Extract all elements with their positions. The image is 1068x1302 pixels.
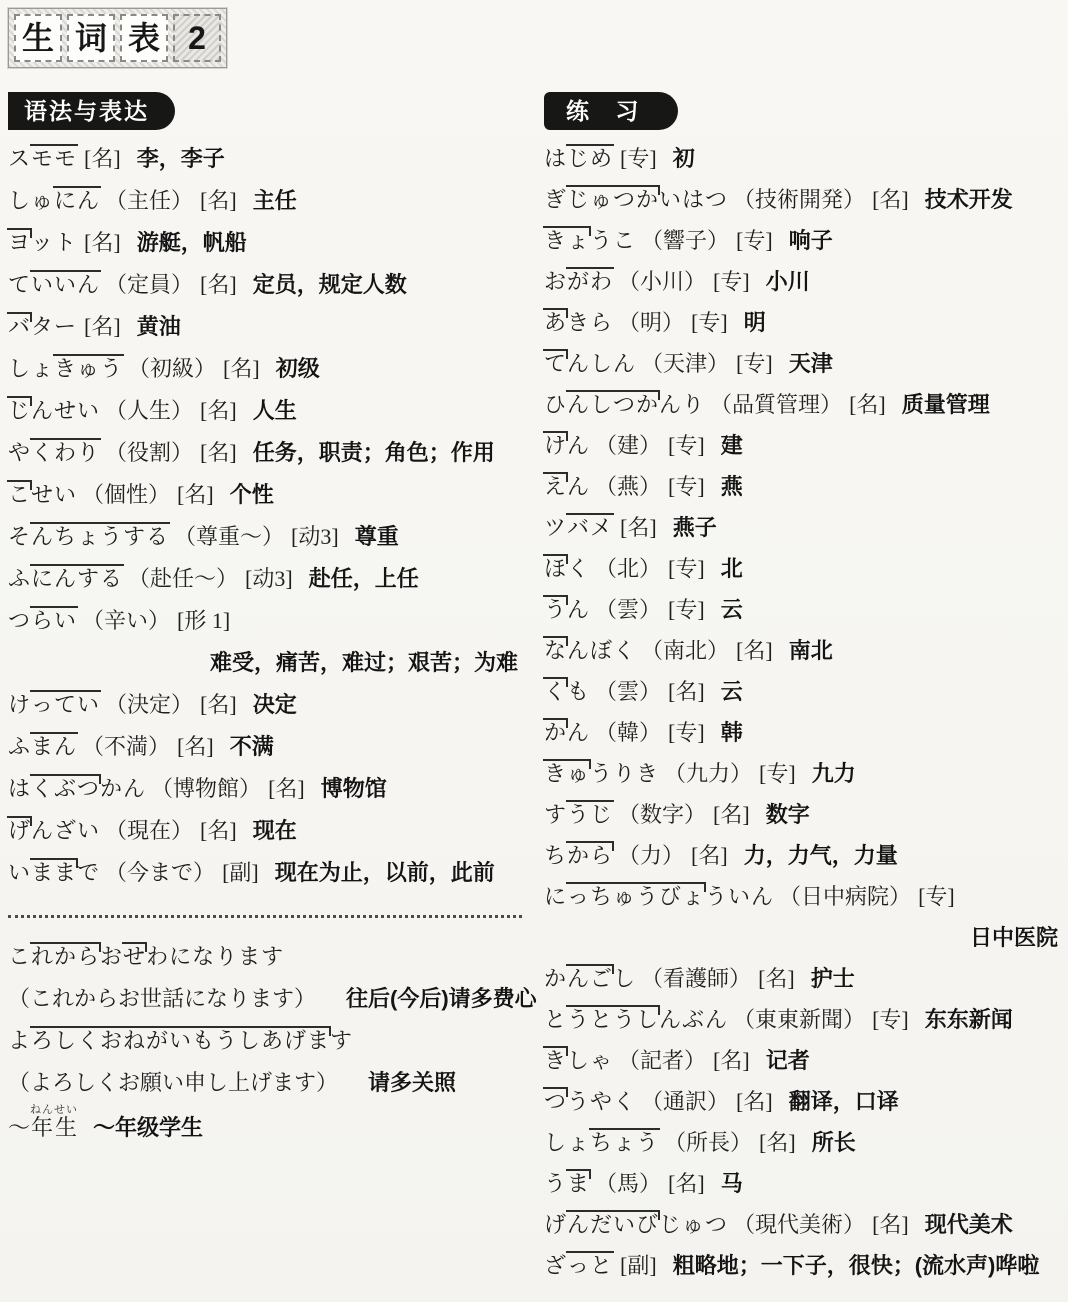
chinese-gloss: 请多关照 <box>368 1070 456 1095</box>
gloss-continuation: 难受，痛苦，难过；艰苦；为难 <box>8 642 528 684</box>
part-of-speech: [名] <box>200 188 237 213</box>
part-of-speech: [名] <box>736 638 773 663</box>
accent-segment: て <box>8 272 31 298</box>
kanji-annotation: （雲） <box>595 679 661 704</box>
kana-with-accent: にっちゅうびょういん <box>544 884 774 909</box>
kana-with-accent: ていいん <box>8 272 100 297</box>
dotted-separator <box>8 894 528 936</box>
kanji-annotation: （小川） <box>618 269 706 294</box>
chinese-gloss: 初级 <box>276 356 320 381</box>
accent-segment: か <box>544 966 567 992</box>
chinese-gloss: 翻译，口译 <box>789 1089 899 1114</box>
part-of-speech: [名] <box>849 392 886 417</box>
accent-segment: つ <box>544 1089 567 1115</box>
accent-segment: ろしくおねがい <box>31 1028 192 1054</box>
accent-segment: と <box>544 1007 567 1033</box>
chinese-gloss: 东东新闻 <box>925 1007 1013 1032</box>
chinese-gloss: 燕 <box>721 474 743 499</box>
kanji-annotation: （通訳） <box>641 1089 729 1114</box>
part-of-speech: [名] <box>223 356 260 381</box>
vocab-entry: ざっと[副]粗略地；一下子，很快；(流水声)哗啦 <box>544 1245 1068 1286</box>
accent-segment: きら <box>567 310 613 336</box>
part-of-speech: [名] <box>200 272 237 297</box>
kana-with-accent: いままで <box>8 860 100 885</box>
part-of-speech: [名] <box>713 1048 750 1073</box>
kanji-annotation: （博物館） <box>151 776 261 801</box>
chinese-gloss: 云 <box>721 679 743 704</box>
accent-segment: バ <box>8 314 31 340</box>
kana-with-accent: げんだいびじゅつ <box>544 1212 728 1237</box>
accent-segment: げ <box>8 818 31 844</box>
kana-with-accent: きゅうりき <box>544 761 659 786</box>
part-of-speech: [名] <box>177 734 214 759</box>
chinese-gloss: 马 <box>721 1171 743 1196</box>
vocab-entry: てんしん（天津）[专]天津 <box>544 343 1068 384</box>
vocab-entry: はくぶつかん（博物館）[名]博物馆 <box>8 768 528 810</box>
part-of-speech: [专] <box>759 761 796 786</box>
expression-translation: （これからお世話になります）往后(今后)请多费心 <box>8 978 528 1020</box>
kana-with-accent: てんしん <box>544 351 636 376</box>
accent-segment: くぶつ <box>31 776 100 802</box>
accent-segment: うやく <box>567 1089 636 1115</box>
accent-segment: ヨ <box>8 230 31 256</box>
accent-segment: んしん <box>567 351 636 377</box>
accent-segment: そ <box>8 524 31 550</box>
kanji-annotation: （不満） <box>82 734 170 759</box>
kanji-annotation: （現代美術） <box>733 1212 865 1237</box>
part-of-speech: [名] <box>200 818 237 843</box>
kanji-annotation: （九力） <box>664 761 752 786</box>
part-of-speech: [名] <box>872 1212 909 1237</box>
accent-segment: ふ <box>8 734 31 760</box>
accent-segment: にん <box>54 188 100 214</box>
vocab-entry: げんざい（現在）[名]现在 <box>8 810 528 852</box>
vocab-entry: おがわ（小川）[专]小川 <box>544 261 1068 302</box>
accent-segment: せ <box>123 944 146 970</box>
expression-line: よろしくおねがいもうしあげます <box>8 1020 528 1062</box>
accent-segment: もうしあげま <box>192 1028 330 1054</box>
vocab-entry: ていいん（定員）[名]定员，规定人数 <box>8 264 528 306</box>
chinese-gloss: 游艇，帆船 <box>137 230 247 255</box>
chinese-gloss: 南北 <box>789 638 833 663</box>
kanji-annotation: （定員） <box>105 272 193 297</box>
chinese-gloss: 不满 <box>230 734 274 759</box>
accent-segment: んぶん <box>659 1007 728 1033</box>
kana-with-accent: ツバメ <box>544 515 613 540</box>
vocab-entry: ふまん（不満）[名]不满 <box>8 726 528 768</box>
accent-segment: じめ <box>567 146 613 172</box>
part-of-speech: [形 1] <box>177 608 230 633</box>
kanji-annotation: （数字） <box>618 802 706 827</box>
chinese-gloss: 天津 <box>789 351 833 376</box>
accent-segment: じゅつ <box>659 1212 728 1238</box>
title-char-box: 表 <box>120 14 168 62</box>
accent-segment: ん <box>567 474 590 500</box>
accent-segment: ほ <box>544 556 567 582</box>
kanji-annotation: （響子） <box>641 228 729 253</box>
accent-segment: バメ <box>567 515 613 541</box>
kanji-annotation: （明） <box>618 310 684 335</box>
accent-segment: んり <box>659 392 705 418</box>
kana-with-accent: はくぶつかん <box>8 776 146 801</box>
chinese-gloss: 黄油 <box>137 314 181 339</box>
kana-with-accent: こせい <box>8 482 77 507</box>
chinese-gloss: 初 <box>673 146 695 171</box>
kanji-annotation: （天津） <box>641 351 729 376</box>
furigana: ねんせい <box>30 1104 78 1116</box>
kana-with-accent: けってい <box>8 692 100 717</box>
kanji-annotation: （記者） <box>618 1048 706 1073</box>
part-of-speech: [名] <box>200 692 237 717</box>
chinese-gloss: 建 <box>721 433 743 458</box>
vocab-entry: うま（馬）[名]马 <box>544 1163 1068 1204</box>
accent-segment: んだいび <box>567 1212 659 1238</box>
accent-segment: ス <box>8 146 31 172</box>
kana-with-accent: くも <box>544 679 590 704</box>
chinese-gloss: 记者 <box>766 1048 810 1073</box>
vocab-entry: ひんしつかんり（品質管理）[名]质量管理 <box>544 384 1068 425</box>
accent-segment: じゅつか <box>567 187 659 213</box>
chinese-gloss: 尊重 <box>355 524 399 549</box>
part-of-speech: [名] <box>620 515 657 540</box>
kanji-annotation: （所長） <box>664 1130 752 1155</box>
kana-with-accent: ひんしつかんり <box>544 392 705 417</box>
accent-segment: くわり <box>31 440 100 466</box>
accent-segment: きゅう <box>54 356 123 382</box>
accent-segment: う <box>544 597 567 623</box>
kanji-annotation: （日中病院） <box>779 884 911 909</box>
kana-with-accent: じんせい <box>8 398 100 423</box>
chinese-gloss: 响子 <box>789 228 833 253</box>
kanji-annotation: （南北） <box>641 638 729 663</box>
kana-with-accent: きしゃ <box>544 1048 613 1073</box>
vocab-entry: かん（韓）[专]韩 <box>544 712 1068 753</box>
vocab-list-left: スモモ[名]李，李子しゅにん（主任）[名]主任ヨット[名]游艇，帆船ていいん（定… <box>8 138 528 1146</box>
accent-segment: ぎ <box>544 187 567 213</box>
kana-with-accent: はじめ <box>544 146 613 171</box>
accent-segment: ういん <box>705 884 774 910</box>
part-of-speech: [专] <box>668 597 705 622</box>
column-practice: 练 习 はじめ[专]初ぎじゅつかいはつ（技術開発）[名]技术开发きょうこ（響子）… <box>532 92 1068 1286</box>
part-of-speech: [专] <box>713 269 750 294</box>
kana-with-accent: うま <box>544 1171 590 1196</box>
vocab-entry: あきら（明）[专]明 <box>544 302 1068 343</box>
accent-segment: んぼく <box>567 638 636 664</box>
part-of-speech: [名] <box>736 1089 773 1114</box>
chinese-gloss: 定员，规定人数 <box>253 272 407 297</box>
chinese-gloss: 现在为止，以前，此前 <box>275 860 495 885</box>
vocab-entry: しょきゅう（初級）[名]初级 <box>8 348 528 390</box>
accent-segment: しょ <box>544 1130 590 1156</box>
kana-with-accent: よろしくおねがいもうしあげます <box>8 1028 353 1053</box>
kanji-reading: （よろしくお願い申し上げます） <box>8 1070 338 1095</box>
vocab-entry: きしゃ（記者）[名]记者 <box>544 1040 1068 1081</box>
accent-segment: うとうし <box>567 1007 659 1033</box>
chinese-gloss: 北 <box>721 556 743 581</box>
chinese-gloss: 韩 <box>721 720 743 745</box>
kanji-annotation: （馬） <box>595 1171 661 1196</box>
part-of-speech: [专] <box>620 146 657 171</box>
accent-segment: き <box>544 1048 567 1074</box>
accent-segment: にんする <box>31 566 123 592</box>
vocab-entry: つらい（辛い）[形 1] <box>8 600 528 642</box>
part-of-speech: [专] <box>872 1007 909 1032</box>
accent-segment: しゅ <box>8 188 54 214</box>
part-of-speech: [名] <box>713 802 750 827</box>
kanji-annotation: （韓） <box>595 720 661 745</box>
vocab-entry: ほく（北）[专]北 <box>544 548 1068 589</box>
chinese-gloss: ～年级学生 <box>93 1115 203 1140</box>
vocab-entry: やくわり（役割）[名]任务，职责；角色；作用 <box>8 432 528 474</box>
chinese-gloss: 决定 <box>253 692 297 717</box>
vocab-entry: しょちょう（所長）[名]所长 <box>544 1122 1068 1163</box>
scanned-textbook-page: 生词表2 语法与表达 スモモ[名]李，李子しゅにん（主任）[名]主任ヨット[名]… <box>0 0 1068 1302</box>
title-char-box: 词 <box>67 14 115 62</box>
title-char-box: 2 <box>173 14 221 62</box>
vocab-entry: ツバメ[名]燕子 <box>544 507 1068 548</box>
kanji-annotation: （辛い） <box>82 608 170 633</box>
accent-segment: いはつ <box>659 187 728 213</box>
accent-segment: く <box>567 556 590 582</box>
part-of-speech: [专] <box>736 228 773 253</box>
accent-segment: がわ <box>567 269 613 295</box>
chinese-gloss: 明 <box>744 310 766 335</box>
kana-with-accent: これからおせわになります <box>8 944 284 969</box>
kana-with-accent: そんちょうする <box>8 524 169 549</box>
chinese-gloss: 数字 <box>766 802 810 827</box>
kana-with-accent: あきら <box>544 310 613 335</box>
part-of-speech: [名] <box>759 1130 796 1155</box>
kanji-annotation: （主任） <box>105 188 193 213</box>
chinese-gloss: 任务，职责；角色；作用 <box>253 440 495 465</box>
kanji-annotation: （雲） <box>595 597 661 622</box>
accent-segment: ツ <box>544 515 567 541</box>
accent-segment: いいん <box>31 272 100 298</box>
vocab-entry: そんちょうする（尊重～）[动3]尊重 <box>8 516 528 558</box>
accent-segment: く <box>544 679 567 705</box>
section-label-grammar: 语法与表达 <box>8 92 175 130</box>
dotted-line <box>8 915 522 918</box>
accent-segment: つ <box>8 608 31 634</box>
vocab-entry: ヨット[名]游艇，帆船 <box>8 222 528 264</box>
vocab-entry: つうやく（通訳）[名]翻译，口译 <box>544 1081 1068 1122</box>
part-of-speech: [名] <box>177 482 214 507</box>
accent-segment: ってい <box>31 692 100 718</box>
kanji-annotation: （看護師） <box>641 966 751 991</box>
kanji-annotation: （北） <box>595 556 661 581</box>
kana-with-accent: うん <box>544 597 590 622</box>
kana-with-accent: かん <box>544 720 590 745</box>
accent-segment: きゅ <box>544 761 590 787</box>
accent-segment: わになります <box>146 944 284 970</box>
kana-with-accent: ヨット <box>8 230 77 255</box>
kana-with-accent: きょうこ <box>544 228 636 253</box>
chinese-gloss: 所长 <box>812 1130 856 1155</box>
accent-segment: しゃ <box>567 1048 613 1074</box>
chinese-gloss: 人生 <box>253 398 297 423</box>
chinese-gloss: 主任 <box>253 188 297 213</box>
part-of-speech: [名] <box>668 679 705 704</box>
vocab-entry: しゅにん（主任）[名]主任 <box>8 180 528 222</box>
part-of-speech: [专] <box>668 474 705 499</box>
kanji-annotation: （尊重～） <box>174 524 284 549</box>
accent-segment: ん <box>567 433 590 459</box>
accent-segment: ん <box>567 720 590 746</box>
kana-with-accent: ぎじゅつかいはつ <box>544 187 728 212</box>
chinese-gloss: 难受，痛苦，难过；艰苦；为难 <box>210 650 518 675</box>
accent-segment: お <box>544 269 567 295</box>
part-of-speech: [名] <box>268 776 305 801</box>
chinese-gloss: 技术开发 <box>925 187 1013 212</box>
kanji-annotation: （品質管理） <box>710 392 842 417</box>
kanji-annotation: （役割） <box>105 440 193 465</box>
title-char-box: 生 <box>14 14 62 62</box>
kana-with-accent: しょきゅう <box>8 356 123 381</box>
kana-with-accent: かんごし <box>544 966 636 991</box>
accent-segment: れから <box>31 944 100 970</box>
part-of-speech: [副] <box>620 1253 657 1278</box>
accent-segment: は <box>8 776 31 802</box>
accent-segment: い <box>8 860 31 886</box>
part-of-speech: [名] <box>668 1171 705 1196</box>
accent-segment: す <box>544 802 567 828</box>
kana-with-accent: しょちょう <box>544 1130 659 1155</box>
vocab-entry: ちから（力）[名]力，力气，力量 <box>544 835 1068 876</box>
kana-with-accent: ちから <box>544 843 613 868</box>
kana-with-accent: つらい <box>8 608 77 633</box>
chinese-gloss: 李，李子 <box>137 146 225 171</box>
chinese-gloss: 博物馆 <box>321 776 387 801</box>
chinese-gloss: 护士 <box>811 966 855 991</box>
vocab-entry: きょうこ（響子）[专]响子 <box>544 220 1068 261</box>
vocab-entry: なんぼく（南北）[名]南北 <box>544 630 1068 671</box>
part-of-speech: [名] <box>872 187 909 212</box>
accent-segment: や <box>8 440 31 466</box>
accent-segment: うりき <box>590 761 659 787</box>
accent-segment: ひ <box>544 392 567 418</box>
part-of-speech: [专] <box>691 310 728 335</box>
accent-segment: お <box>100 944 123 970</box>
chinese-gloss: 力，力气，力量 <box>744 843 898 868</box>
chinese-gloss: 云 <box>721 597 743 622</box>
part-of-speech: [名] <box>84 146 121 171</box>
kana-with-accent: なんぼく <box>544 638 636 663</box>
accent-segment: け <box>544 433 567 459</box>
vocab-entry: ぎじゅつかいはつ（技術開発）[名]技术开发 <box>544 179 1068 220</box>
accent-segment: っと <box>567 1253 613 1279</box>
vocab-entry: かんごし（看護師）[名]护士 <box>544 958 1068 999</box>
accent-segment: んしつか <box>567 392 659 418</box>
kana-with-accent: ざっと <box>544 1253 613 1278</box>
expression-translation: （よろしくお願い申し上げます）请多关照 <box>8 1062 528 1104</box>
accent-segment: ふ <box>8 566 31 592</box>
part-of-speech: [名] <box>84 230 121 255</box>
chinese-gloss: 现在 <box>253 818 297 843</box>
accent-segment: え <box>544 474 567 500</box>
chinese-gloss: 质量管理 <box>902 392 990 417</box>
accent-segment: ット <box>31 230 77 256</box>
accent-segment: で <box>77 860 100 886</box>
accent-segment: うこ <box>590 228 636 254</box>
kanji-annotation: （初級） <box>128 356 216 381</box>
two-column-layout: 语法与表达 スモモ[名]李，李子しゅにん（主任）[名]主任ヨット[名]游艇，帆船… <box>6 92 1068 1286</box>
accent-segment: す <box>330 1028 353 1054</box>
vocab-entry: スモモ[名]李，李子 <box>8 138 528 180</box>
accent-segment: な <box>544 638 567 664</box>
part-of-speech: [专] <box>918 884 955 909</box>
kanji-annotation: （人生） <box>105 398 193 423</box>
kanji-annotation: （建） <box>595 433 661 458</box>
part-of-speech: [名] <box>84 314 121 339</box>
accent-segment: ま <box>567 1171 590 1197</box>
part-of-speech: [专] <box>668 720 705 745</box>
chinese-gloss: 九力 <box>812 761 856 786</box>
vocab-entry: はじめ[专]初 <box>544 138 1068 179</box>
kana-with-accent: スモモ <box>8 146 77 171</box>
kana-with-accent: やくわり <box>8 440 100 465</box>
vocab-entry: すうじ（数字）[名]数字 <box>544 794 1068 835</box>
vocab-entry: こせい（個性）[名]个性 <box>8 474 528 516</box>
accent-segment: ざ <box>544 1253 567 1279</box>
vocab-entry: げんだいびじゅつ（現代美術）[名]现代美术 <box>544 1204 1068 1245</box>
vocab-entry: とうとうしんぶん（東東新聞）[专]东东新闻 <box>544 999 1068 1040</box>
accent-segment: ん <box>567 597 590 623</box>
part-of-speech: [副] <box>222 860 259 885</box>
vocab-entry: じんせい（人生）[名]人生 <box>8 390 528 432</box>
part-of-speech: [名] <box>758 966 795 991</box>
chinese-gloss: 日中医院 <box>970 925 1058 950</box>
column-grammar-expressions: 语法与表达 スモモ[名]李，李子しゅにん（主任）[名]主任ヨット[名]游艇，帆船… <box>6 92 528 1286</box>
part-of-speech: [动3] <box>291 524 339 549</box>
part-of-speech: [专] <box>668 556 705 581</box>
vocab-entry: くも（雲）[名]云 <box>544 671 1068 712</box>
kana-with-accent: おがわ <box>544 269 613 294</box>
kana-with-accent: げんざい <box>8 818 100 843</box>
kanji-annotation: （赴任～） <box>128 566 238 591</box>
vocab-entry: けん（建）[专]建 <box>544 425 1068 466</box>
kanji-annotation: （現在） <box>105 818 193 843</box>
accent-segment: っちゅうびょ <box>567 884 705 910</box>
vocab-entry: けってい（決定）[名]决定 <box>8 684 528 726</box>
chinese-gloss: 现代美术 <box>925 1212 1013 1237</box>
vocab-entry: バター[名]黄油 <box>8 306 528 348</box>
tilde-prefix: ～ <box>8 1115 31 1140</box>
accent-segment: きょ <box>544 228 590 254</box>
accent-segment: あ <box>544 310 567 336</box>
vocab-entry: うん（雲）[专]云 <box>544 589 1068 630</box>
accent-segment: んちょうする <box>31 524 169 550</box>
accent-segment: まま <box>31 860 77 886</box>
ruby-entry: ～年生ねんせい～年级学生 <box>8 1104 528 1146</box>
vocab-list-right: はじめ[专]初ぎじゅつかいはつ（技術開発）[名]技术开发きょうこ（響子）[专]响… <box>544 138 1068 1286</box>
accent-segment: も <box>567 679 590 705</box>
chinese-gloss: 小川 <box>766 269 810 294</box>
part-of-speech: [专] <box>736 351 773 376</box>
accent-segment: て <box>544 351 567 377</box>
kanji-annotation: （東東新聞） <box>733 1007 865 1032</box>
chinese-gloss: 往后(今后)请多费心 <box>346 986 537 1011</box>
accent-segment: んせい <box>31 398 100 424</box>
chinese-gloss: 个性 <box>230 482 274 507</box>
page-title-badge: 生词表2 <box>8 8 227 68</box>
kanji-annotation: （燕） <box>595 474 661 499</box>
kana-with-accent: バター <box>8 314 77 339</box>
accent-segment: に <box>544 884 567 910</box>
accent-segment: こ <box>8 944 31 970</box>
kanji-annotation: （技術開発） <box>733 187 865 212</box>
kanji-reading: （これからお世話になります） <box>8 986 316 1011</box>
part-of-speech: [动3] <box>245 566 293 591</box>
